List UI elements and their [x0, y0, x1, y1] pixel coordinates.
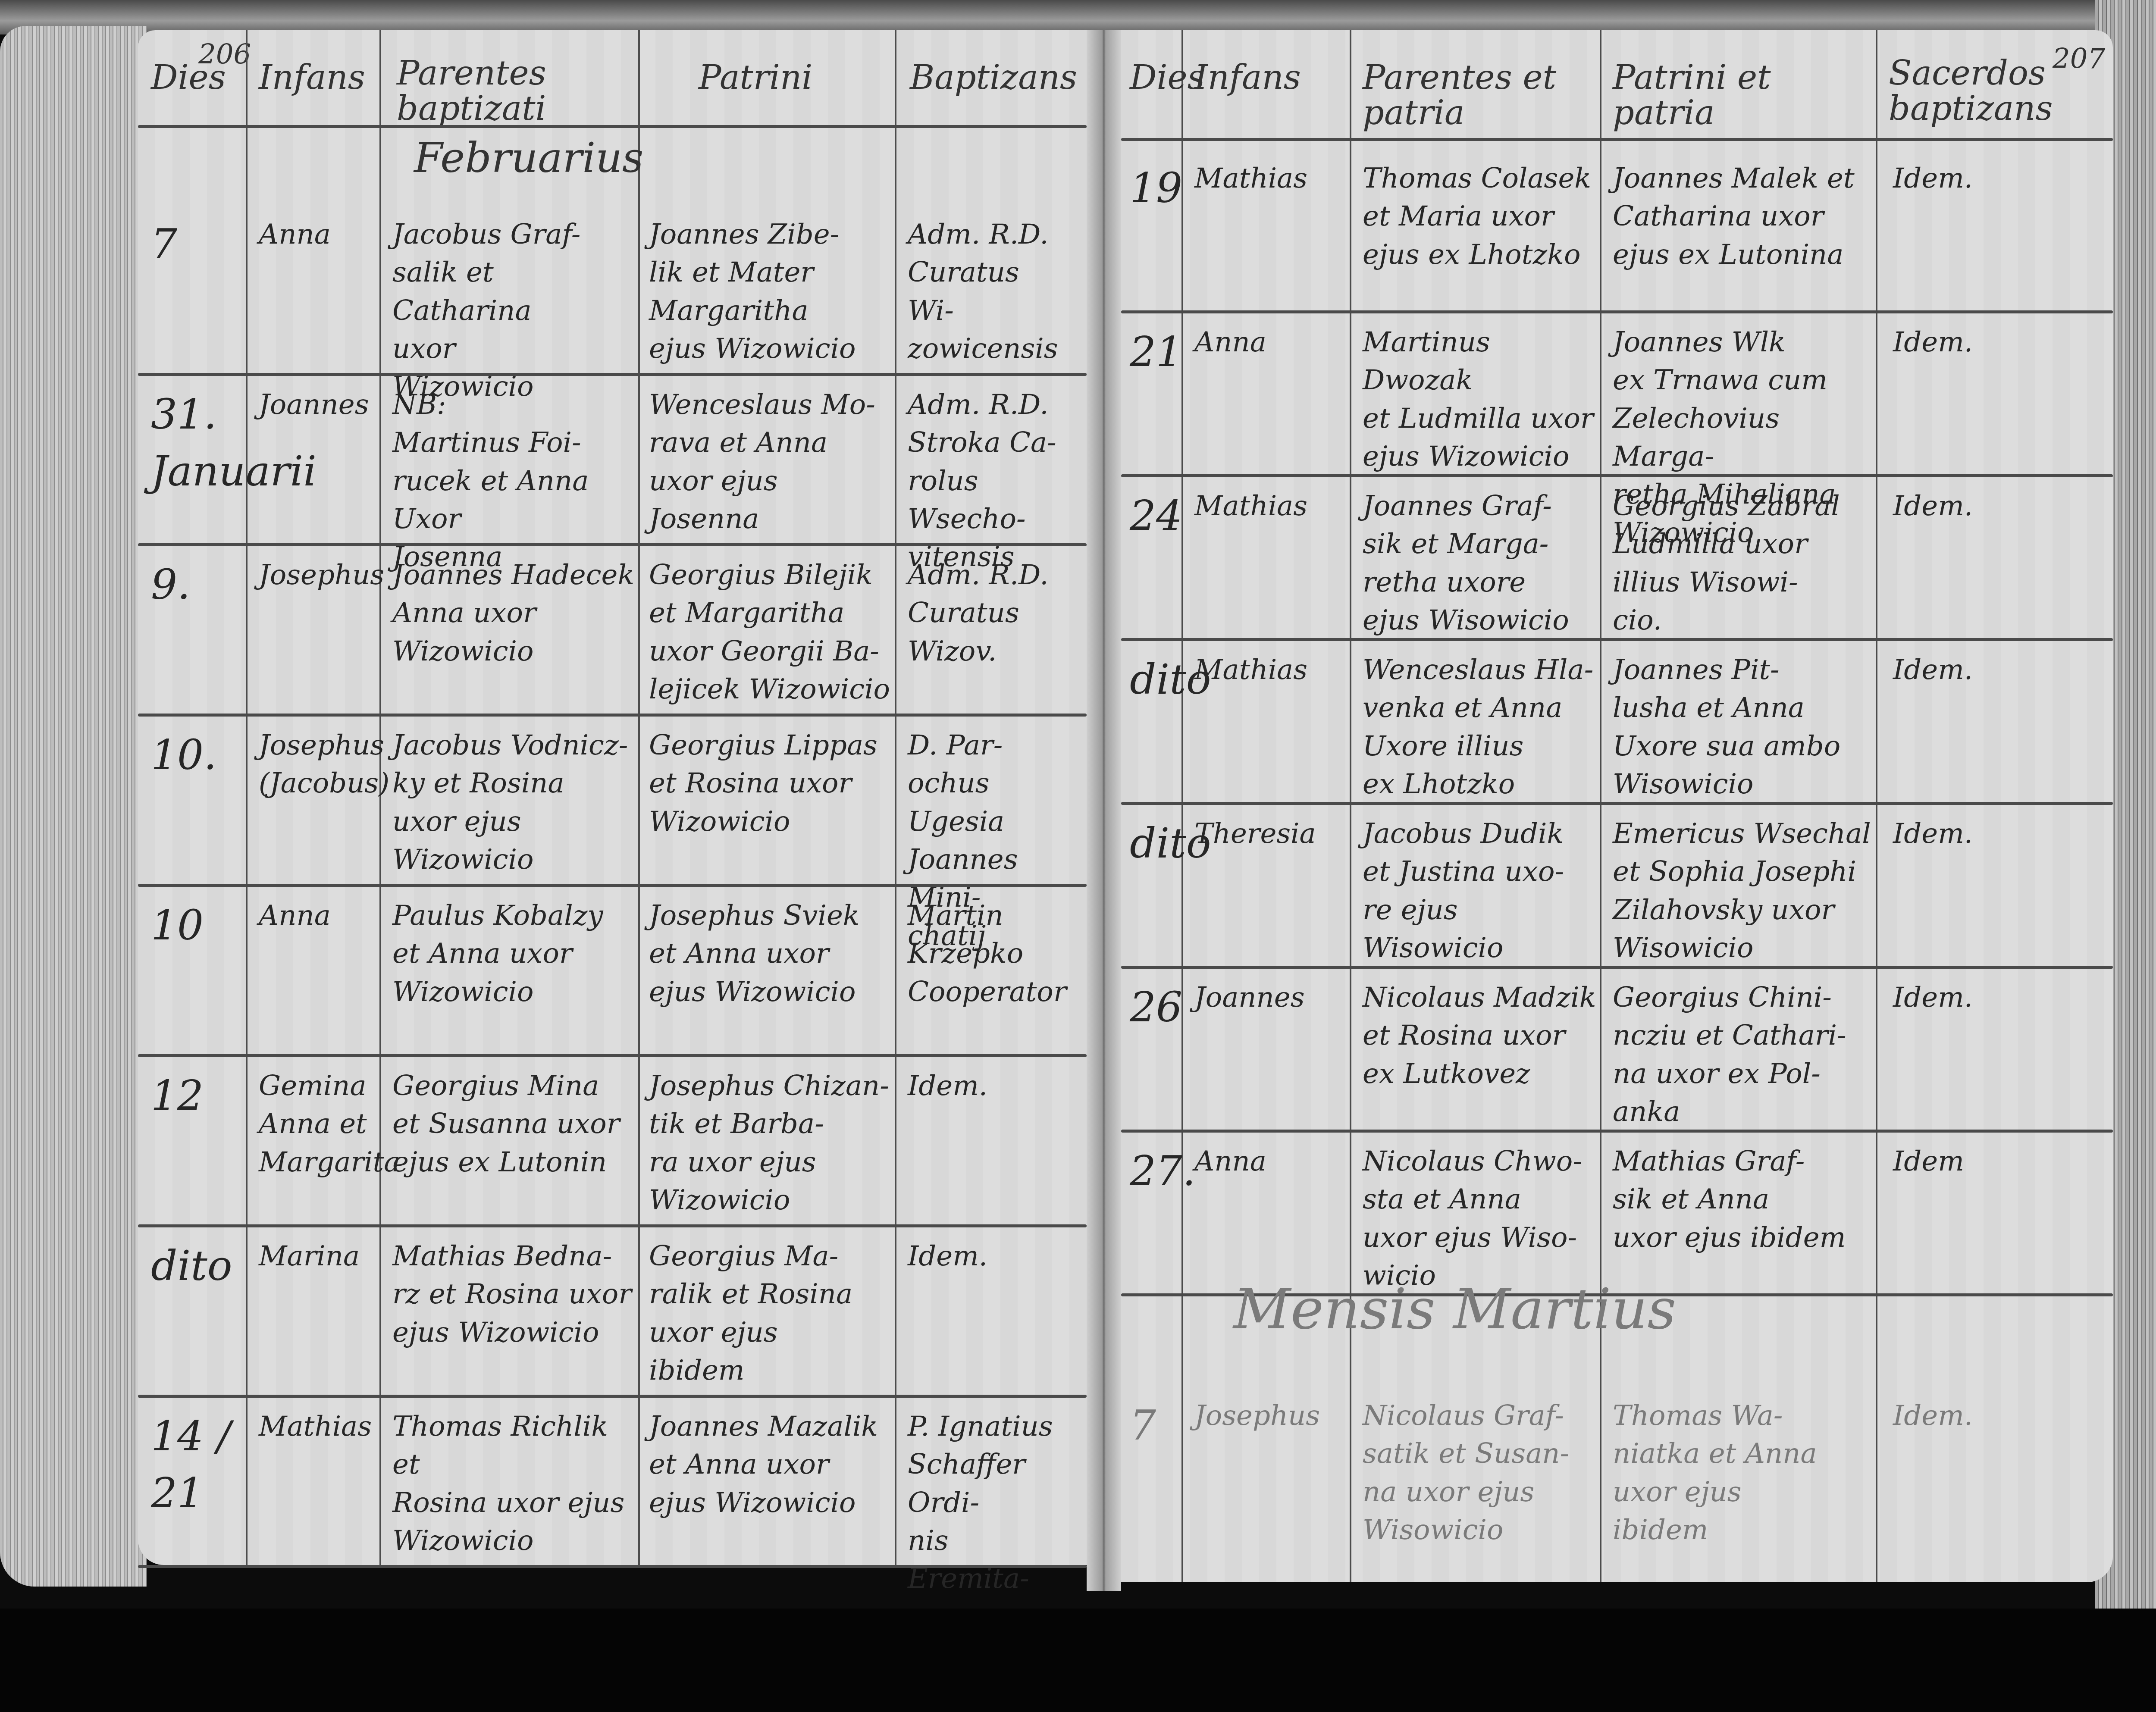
- entry-baptizans: Idem.: [1893, 651, 2048, 689]
- entry-patrini: Georgius Chini- ncziu et Cathari- na uxo…: [1613, 979, 1884, 1131]
- col-header-baptizans: Sacerdos baptizans: [1889, 56, 2078, 127]
- row-divider: [1121, 474, 2113, 477]
- entry-day: 7: [151, 216, 250, 272]
- entry-infans: Joannes: [1194, 979, 1354, 1017]
- background-shadow: [0, 1609, 2156, 1712]
- entry-day: dito: [1130, 815, 1186, 872]
- entry-parentes: Martinus Dwozak et Ludmilla uxor ejus Wi…: [1363, 323, 1604, 476]
- entry-baptizans: Adm. R.D. Curatus Wizov.: [908, 556, 1063, 670]
- entry-patrini: Georgius Bilejik et Margaritha uxor Geor…: [649, 556, 899, 708]
- col-header-parentes: Parentes baptizati: [397, 56, 630, 127]
- entry-infans: Mathias: [1194, 651, 1354, 689]
- entry-parentes: Thomas Colasek et Maria uxor ejus ex Lho…: [1363, 160, 1604, 274]
- entry-parentes: Nicolaus Graf- satik et Susan- na uxor e…: [1363, 1397, 1604, 1549]
- entry-infans: Josephus (Jacobus): [259, 726, 384, 803]
- entry-patrini: Wenceslaus Mo- rava et Anna uxor ejus Jo…: [649, 386, 899, 538]
- entry-patrini: Emericus Wsechal et Sophia Josephi Zilah…: [1613, 815, 1884, 967]
- entry-patrini: Joannes Mazalik et Anna uxor ejus Wizowi…: [649, 1408, 899, 1522]
- row-divider: [138, 1054, 1087, 1057]
- entry-parentes: Thomas Richlik et Rosina uxor ejus Wizow…: [392, 1408, 640, 1560]
- col-header-infans: Infans: [259, 60, 365, 96]
- row-divider: [138, 1565, 1087, 1568]
- entry-infans: Josephus: [1194, 1397, 1354, 1435]
- row-divider: [138, 543, 1087, 546]
- entry-parentes: Jacobus Graf- salik et Catharina uxor Wi…: [392, 216, 640, 406]
- row-divider: [138, 373, 1087, 376]
- month-heading: Mensis Martius: [1233, 1276, 1676, 1342]
- entry-baptizans: Idem.: [1893, 487, 2048, 525]
- entry-parentes: Paulus Kobalzy et Anna uxor Wizowicio: [392, 897, 640, 1011]
- col-header-parentes: Parentes et patria: [1363, 60, 1595, 131]
- entry-baptizans: Idem.: [1893, 323, 2048, 361]
- entry-infans: Mathias: [259, 1408, 384, 1446]
- entry-patrini: Joannes Pit- lusha et Anna Uxore sua amb…: [1613, 651, 1884, 803]
- entry-baptizans: Idem.: [908, 1067, 1063, 1105]
- entry-day: 12: [151, 1067, 250, 1124]
- entry-infans: Marina: [259, 1237, 384, 1275]
- left-page-stack-edge: [0, 26, 147, 1587]
- entry-patrini: Josephus Chizan- tik et Barba- ra uxor e…: [649, 1067, 899, 1219]
- entry-infans: Mathias: [1194, 160, 1354, 197]
- row-divider: [1121, 310, 2113, 313]
- entry-parentes: Wenceslaus Hla- venka et Anna Uxore illi…: [1363, 651, 1604, 803]
- entry-parentes: Nicolaus Chwo- sta et Anna uxor ejus Wis…: [1363, 1142, 1604, 1295]
- entry-patrini: Mathias Graf- sik et Anna uxor ejus ibid…: [1613, 1142, 1884, 1257]
- row-divider: [138, 1224, 1087, 1227]
- entry-infans: Joannes: [259, 386, 384, 424]
- entry-patrini: Thomas Wa- niatka et Anna uxor ejus ibid…: [1613, 1397, 1884, 1549]
- col-header-patrini: Patrini: [699, 60, 812, 96]
- row-divider: [138, 714, 1087, 717]
- entry-baptizans: Idem.: [1893, 1397, 2048, 1435]
- entry-infans: Anna: [1194, 323, 1354, 361]
- col-header-dies: Dies: [1130, 60, 1205, 96]
- entry-baptizans: Martin Krzepko Cooperator: [908, 897, 1063, 1011]
- entry-patrini: Georgius Lippas et Rosina uxor Wizowicio: [649, 726, 899, 841]
- entry-day: 26: [1130, 979, 1186, 1036]
- entry-infans: Anna: [1194, 1142, 1354, 1180]
- entry-baptizans: Adm. R.D. Curatus Wi- zowicensis: [908, 216, 1063, 368]
- entry-day: 27.: [1130, 1142, 1186, 1199]
- entry-infans: Gemina Anna et Margarita: [259, 1067, 384, 1181]
- col-header-baptizans: Baptizans: [910, 60, 1077, 96]
- entry-day: 24: [1130, 487, 1186, 544]
- col-header-patrini: Patrini et patria: [1613, 60, 1871, 131]
- entry-parentes: Jacobus Vodnicz- ky et Rosina uxor ejus …: [392, 726, 640, 879]
- entry-day: 21: [1130, 323, 1186, 380]
- row-divider: [1121, 1130, 2113, 1133]
- entry-parentes: NB: Martinus Foi- rucek et Anna Uxor Jos…: [392, 386, 640, 576]
- entry-baptizans: Adm. R.D. Stroka Ca- rolus Wsecho- viten…: [908, 386, 1063, 576]
- entry-patrini: Joannes Zibe- lik et Mater Margaritha ej…: [649, 216, 899, 368]
- entry-infans: Anna: [259, 897, 384, 935]
- entry-day: 14 / 21: [151, 1408, 250, 1522]
- row-divider: [1121, 638, 2113, 641]
- col-header-dies: Dies: [151, 60, 226, 96]
- col-header-infans: Infans: [1194, 60, 1301, 96]
- entry-baptizans: Idem.: [1893, 815, 2048, 853]
- right-page: 207 Dies Infans Parentes et patria Patri…: [1121, 30, 2113, 1582]
- month-heading: Februarius: [414, 134, 643, 182]
- row-divider: [1121, 966, 2113, 969]
- entry-baptizans: Idem: [1893, 1142, 2048, 1180]
- entry-parentes: Nicolaus Madzik et Rosina uxor ex Lutkov…: [1363, 979, 1604, 1093]
- entry-baptizans: Idem.: [1893, 160, 2048, 197]
- entry-infans: Josephus: [259, 556, 384, 594]
- book-top-edge: [0, 0, 2156, 34]
- entry-day: 9.: [151, 556, 250, 613]
- entry-day: 19: [1130, 160, 1186, 216]
- entry-day: 31. Januarii: [151, 386, 250, 500]
- entry-day: dito: [1130, 651, 1186, 708]
- binding-gutter: [1087, 30, 1121, 1591]
- left-page: 206 Dies Infans Parentes baptizati Patri…: [138, 30, 1087, 1565]
- entry-parentes: Jacobus Dudik et Justina uxo- re ejus Wi…: [1363, 815, 1604, 967]
- entry-baptizans: Idem.: [908, 1237, 1063, 1275]
- row-divider: [138, 884, 1087, 887]
- entry-patrini: Josephus Sviek et Anna uxor ejus Wizowic…: [649, 897, 899, 1011]
- entry-patrini: Georgius Ma- ralik et Rosina uxor ejus i…: [649, 1237, 899, 1390]
- row-divider: [138, 1395, 1087, 1398]
- entry-parentes: Joannes Graf- sik et Marga- retha uxore …: [1363, 487, 1604, 639]
- entry-patrini: Georgius Zabral Ludmilla uxor illius Wis…: [1613, 487, 1884, 639]
- entry-parentes: Joannes Hadecek Anna uxor Wizowicio: [392, 556, 640, 670]
- entry-day: 10: [151, 897, 250, 954]
- entry-parentes: Georgius Mina et Susanna uxor ejus ex Lu…: [392, 1067, 640, 1181]
- entry-baptizans: Idem.: [1893, 979, 2048, 1017]
- entry-day: 7: [1130, 1397, 1186, 1454]
- entry-patrini: Joannes Malek et Catharina uxor ejus ex …: [1613, 160, 1884, 274]
- entry-day: 10.: [151, 726, 250, 783]
- entry-infans: Theresia: [1194, 815, 1354, 853]
- entry-parentes: Mathias Bedna- rz et Rosina uxor ejus Wi…: [392, 1237, 640, 1352]
- row-divider: [1121, 802, 2113, 805]
- entry-infans: Anna: [259, 216, 384, 254]
- entry-infans: Mathias: [1194, 487, 1354, 525]
- entry-day: dito: [151, 1237, 250, 1294]
